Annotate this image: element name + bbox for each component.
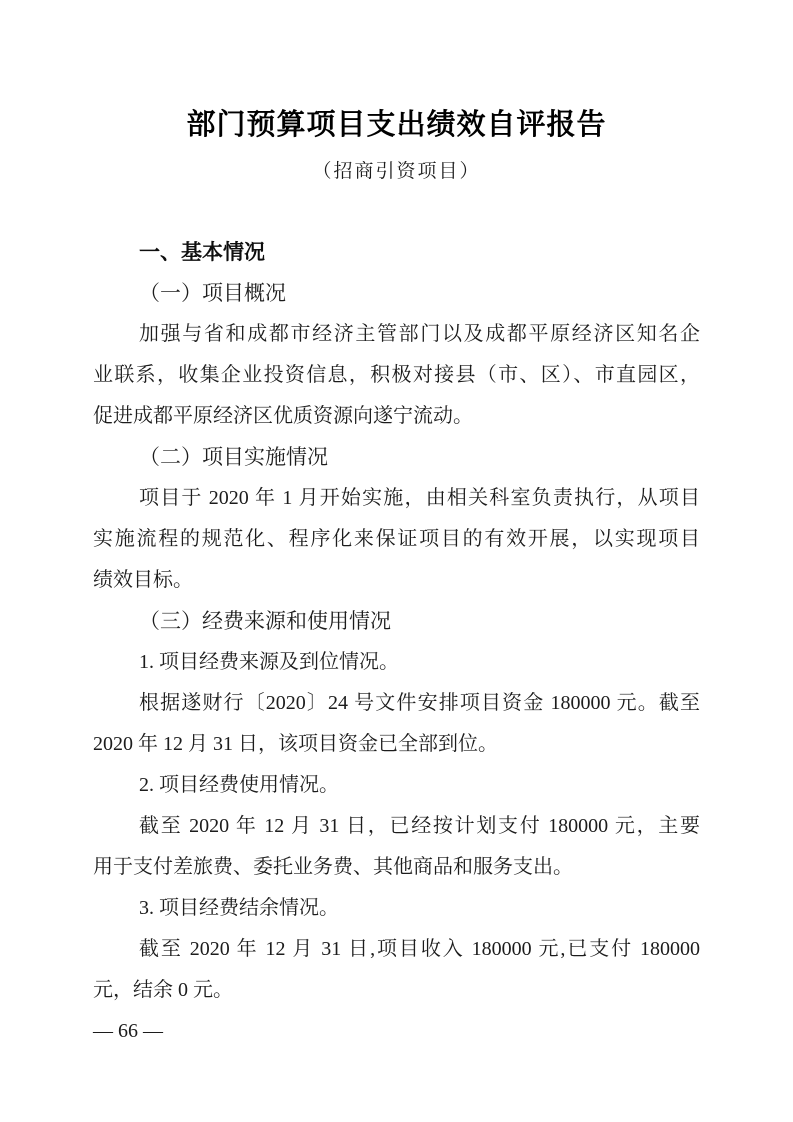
page-number: — 66 —	[93, 1011, 700, 1052]
body-text-line: 元，结余 0 元。	[93, 970, 700, 1011]
body-text-line: 业联系，收集企业投资信息，积极对接县（市、区）、市直园区，	[93, 355, 700, 396]
body-text-line: 截至 2020 年 12 月 31 日，已经按计划支付 180000 元，主要	[93, 806, 700, 847]
list-item-line: 3. 项目经费结余情况。	[93, 888, 700, 929]
body-text-line: 截至 2020 年 12 月 31 日,项目收入 180000 元,已支付 18…	[93, 929, 700, 970]
body-text-line: 2020 年 12 月 31 日，该项目资金已全部到位。	[93, 724, 700, 765]
sub-heading: （三）经费来源和使用情况	[93, 601, 700, 642]
body-text-line: 用于支付差旅费、委托业务费、其他商品和服务支出。	[93, 847, 700, 888]
document-body: 一、基本情况（一）项目概况加强与省和成都市经济主管部门以及成都平原经济区知名企业…	[93, 232, 700, 1011]
list-item-line: 1. 项目经费来源及到位情况。	[93, 642, 700, 683]
section-heading: 一、基本情况	[93, 232, 700, 273]
body-text-line: 绩效目标。	[93, 560, 700, 601]
body-text-line: 实施流程的规范化、程序化来保证项目的有效开展，以实现项目	[93, 519, 700, 560]
page-title: 部门预算项目支出绩效自评报告	[93, 104, 700, 146]
page-subtitle: （招商引资项目）	[93, 158, 700, 186]
body-text-line: 项目于 2020 年 1 月开始实施，由相关科室负责执行，从项目	[93, 478, 700, 519]
document-page: 部门预算项目支出绩效自评报告 （招商引资项目） 一、基本情况（一）项目概况加强与…	[0, 0, 793, 1122]
body-text-line: 根据遂财行〔2020〕24 号文件安排项目资金 180000 元。截至	[93, 683, 700, 724]
sub-heading: （二）项目实施情况	[93, 437, 700, 478]
list-item-line: 2. 项目经费使用情况。	[93, 765, 700, 806]
body-text-line: 加强与省和成都市经济主管部门以及成都平原经济区知名企	[93, 314, 700, 355]
body-text-line: 促进成都平原经济区优质资源向遂宁流动。	[93, 396, 700, 437]
sub-heading: （一）项目概况	[93, 273, 700, 314]
